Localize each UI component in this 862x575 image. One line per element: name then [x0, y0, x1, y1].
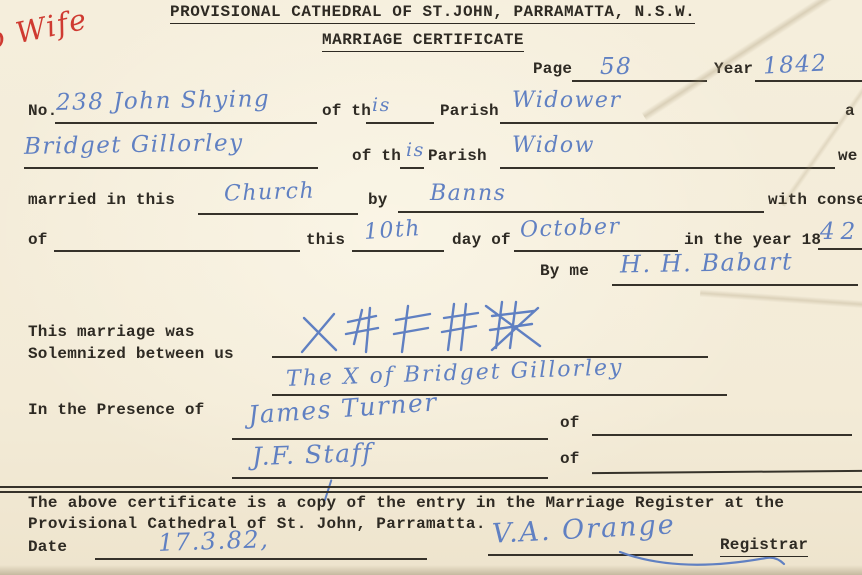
- day-value: 10th: [363, 216, 422, 245]
- blank-line-year: [755, 80, 862, 82]
- bride-trailing-text: we: [838, 147, 858, 165]
- groom-parish-label: Parish: [440, 102, 499, 120]
- witness2-line: [232, 477, 548, 479]
- bride-mark-text: The X of Bridget Gillorley: [286, 355, 624, 392]
- bride-name-value: Bridget Gillorley: [24, 130, 244, 160]
- blank-line-groom-condition: [500, 122, 838, 124]
- by-label: by: [368, 191, 388, 209]
- day-of-label: day of: [452, 231, 511, 249]
- groom-trailing-text: a: [845, 102, 855, 120]
- certificate-paper: o Wife PROVISIONAL CATHEDRAL OF ST.JOHN,…: [0, 0, 862, 575]
- bride-parish-label: Parish: [428, 147, 487, 165]
- blank-line-day: [352, 250, 444, 252]
- bride-is-value: is: [406, 139, 425, 161]
- consent-trailing-text: with conse: [768, 191, 862, 209]
- blank-line-celebrant: [612, 284, 858, 286]
- blank-line-place: [198, 213, 358, 215]
- groom-is-value: is: [372, 94, 391, 116]
- entry-number-and-groom-name: 238 John Shying: [56, 86, 271, 116]
- blank-line-year-suffix: [818, 248, 862, 250]
- date-label: Date: [28, 538, 67, 556]
- year-prefix-label: in the year 18: [684, 231, 821, 249]
- paper-crease-right: [700, 289, 862, 309]
- witness1-of-label: of: [560, 414, 580, 432]
- no-label: No.: [28, 102, 57, 120]
- date-value: 17.3.82,: [158, 525, 270, 557]
- by-me-label: By me: [540, 262, 589, 280]
- registrar-signature: V.A. Orange: [491, 509, 676, 550]
- celebrant-signature: H. H. Babart: [620, 247, 794, 278]
- blank-line-bride-name: [24, 167, 318, 169]
- month-value: October: [520, 214, 621, 242]
- year-value: 1842: [762, 50, 828, 79]
- blank-line-groom-name: [55, 122, 317, 124]
- groom-signature-marks-icon: [296, 300, 576, 360]
- blank-line-groom-is: [366, 122, 434, 124]
- blank-line-page: [572, 80, 707, 82]
- bride-condition-value: Widow: [512, 133, 595, 158]
- married-place-value: Church: [224, 178, 316, 206]
- bride-of-th-label: of th: [352, 147, 401, 165]
- presence-label: In the Presence of: [28, 401, 204, 419]
- document-title: PROVISIONAL CATHEDRAL OF ST.JOHN, PARRAM…: [170, 3, 695, 24]
- date-line: [95, 558, 427, 560]
- groom-condition-value: Widower: [512, 88, 621, 113]
- separator-rule-top: [0, 486, 862, 488]
- page-label: Page: [533, 60, 572, 78]
- groom-of-th-label: of th: [322, 102, 371, 120]
- solemnized-label-line1: This marriage was: [28, 323, 195, 341]
- blank-line-bride-is: [400, 167, 424, 169]
- document-subtitle: MARRIAGE CERTIFICATE: [322, 31, 524, 52]
- witness1-of-line: [592, 434, 852, 436]
- married-by-value: Banns: [430, 181, 506, 206]
- married-in-this-label: married in this: [28, 191, 175, 209]
- blank-line-bride-condition: [500, 167, 835, 169]
- witness2-signature: J.F. Staff: [252, 438, 374, 471]
- page-number-value: 58: [600, 54, 632, 80]
- registrar-label: Registrar: [720, 536, 808, 557]
- red-annotation: o Wife: [0, 2, 91, 56]
- year-suffix-value: 42: [820, 219, 861, 245]
- of-label: of: [28, 231, 48, 249]
- witness2-of-line: [592, 470, 862, 474]
- witness1-line: [232, 438, 548, 440]
- year-label: Year: [714, 60, 753, 78]
- blank-line-consenter: [54, 250, 300, 252]
- blank-line-method: [398, 211, 764, 213]
- solemnized-label-line2: Solemnized between us: [28, 345, 234, 363]
- separator-rule-bottom: [0, 491, 862, 493]
- this-label: this: [306, 231, 345, 249]
- witness2-of-label: of: [560, 450, 580, 468]
